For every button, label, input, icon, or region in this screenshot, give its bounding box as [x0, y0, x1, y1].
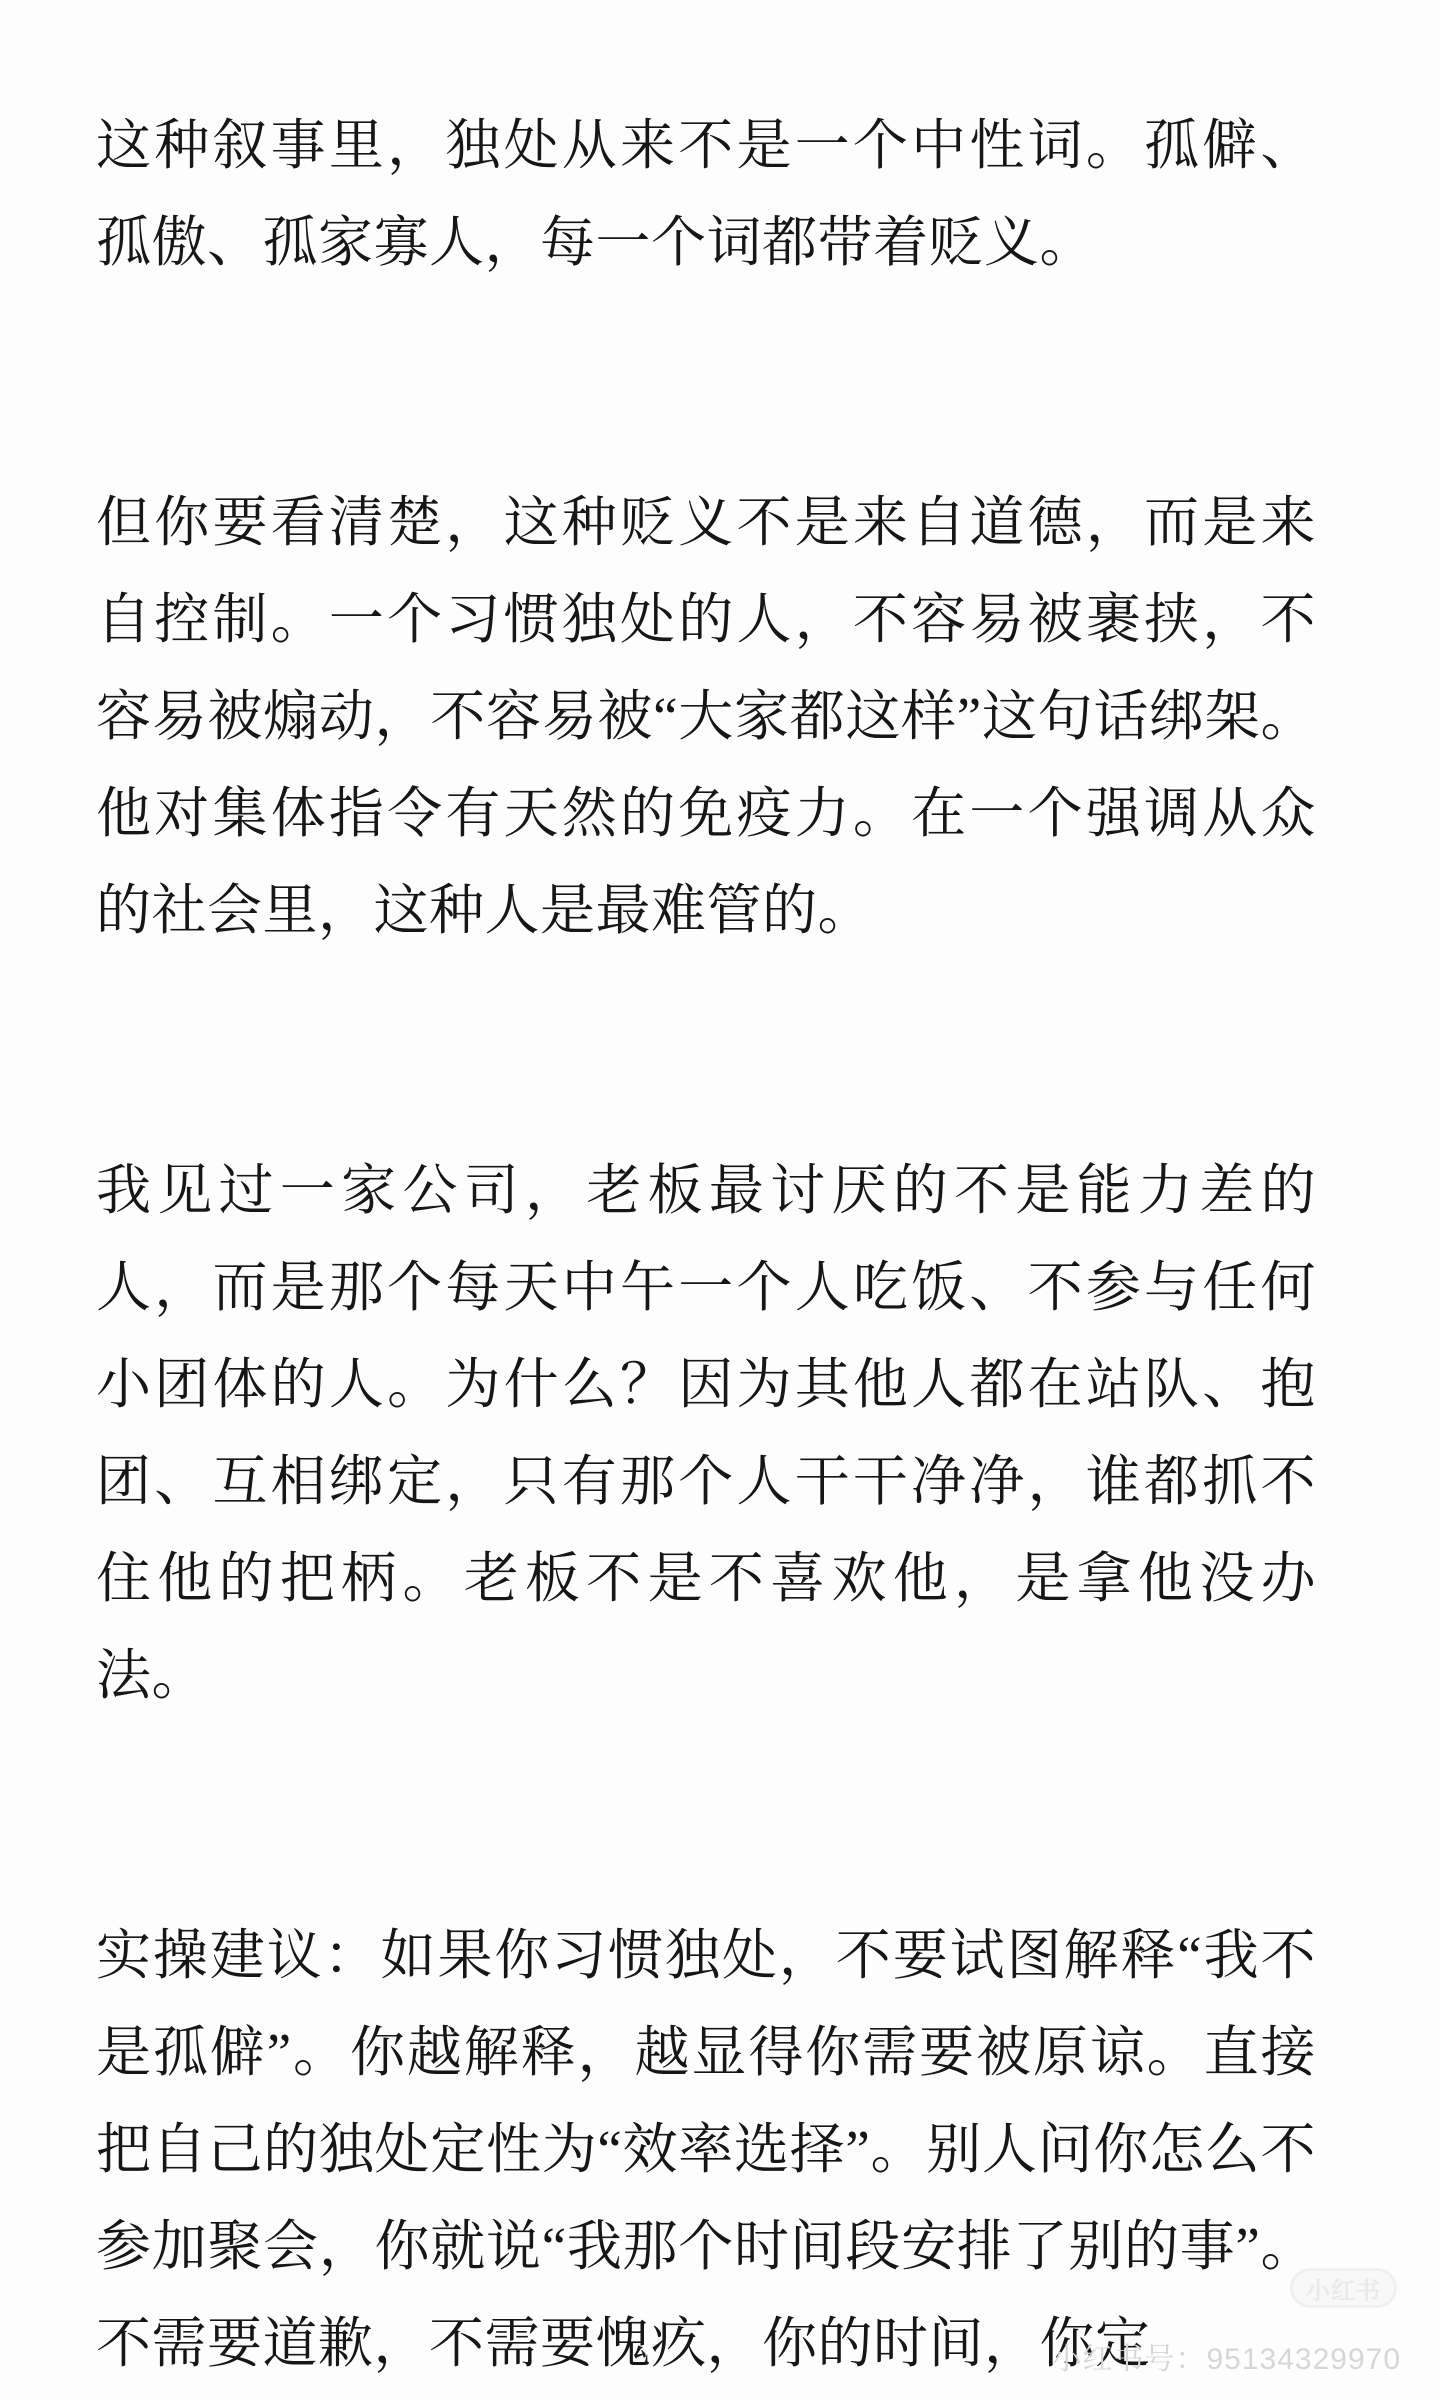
paragraph-practical-advice: 实操建议：如果你习惯独处，不要试图解释“我不是孤僻”。你越解释，越显得你需要被原… — [96, 1907, 1316, 2392]
article-text: 这种叙事里，独处从来不是一个中性词。孤僻、孤傲、孤家寡人，每一个词都带着贬义。 … — [96, 97, 1316, 2392]
paragraph-control: 但你要看清楚，这种贬义不是来自道德，而是来自控制。一个习惯独处的人，不容易被裹挟… — [96, 474, 1316, 959]
paragraph-company-story: 我见过一家公司，老板最讨厌的不是能力差的人，而是那个每天中午一个人吃饭、不参与任… — [96, 1142, 1316, 1724]
paragraph-narrative: 这种叙事里，独处从来不是一个中性词。孤僻、孤傲、孤家寡人，每一个词都带着贬义。 — [96, 97, 1316, 291]
xiaohongshu-logo-watermark: 小红书 — [1290, 2268, 1397, 2308]
xiaohongshu-id-watermark: 小红书号：95134329970 — [1051, 2334, 1401, 2378]
